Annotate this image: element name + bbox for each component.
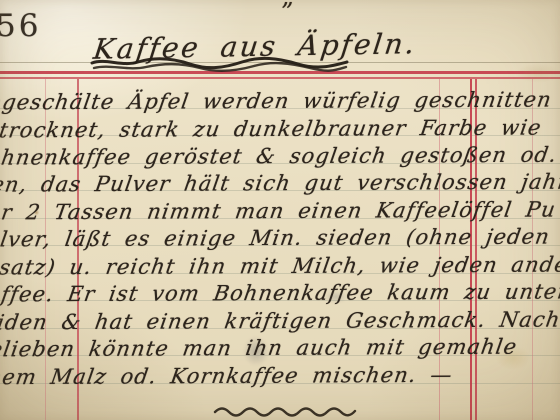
handwritten-line: ngeschälte Äpfel werden würfelig geschni… xyxy=(0,88,554,115)
handwritten-line: ohnenkaffee geröstet & sogleich gestoßen… xyxy=(0,142,560,169)
handwritten-line: usatz) u. reicht ihn mit Milch, wie jede… xyxy=(0,252,560,279)
handwritten-line: nem Malz od. Kornkaffee mischen. — xyxy=(0,363,455,389)
handwritten-line: etrocknet, stark zu dunkelbrauner Farbe … xyxy=(0,116,544,143)
handwritten-line: len, das Pulver hält sich gut verschloss… xyxy=(0,169,560,196)
end-flourish-wavy-line xyxy=(213,402,365,418)
handwritten-line: elieben könnte man ihn auch mit gemahle xyxy=(0,335,519,362)
handwritten-line: ür 2 Tassen nimmt man einen Kaffeelöffel… xyxy=(0,198,558,225)
manuscript-page-photo: 56 ” Kaffee aus Äpfeln. ngeschälte Äpfel… xyxy=(0,0,560,420)
title-underline-scribble xyxy=(88,55,352,75)
handwritten-line: eiden & hat einen kräftigen Geschmack. N… xyxy=(0,307,560,334)
handwritten-line: ulver, läßt es einige Min. sieden (ohne … xyxy=(0,225,552,252)
handwritten-line: affee. Er ist vom Bohnenkaffee kaum zu u… xyxy=(0,279,560,306)
